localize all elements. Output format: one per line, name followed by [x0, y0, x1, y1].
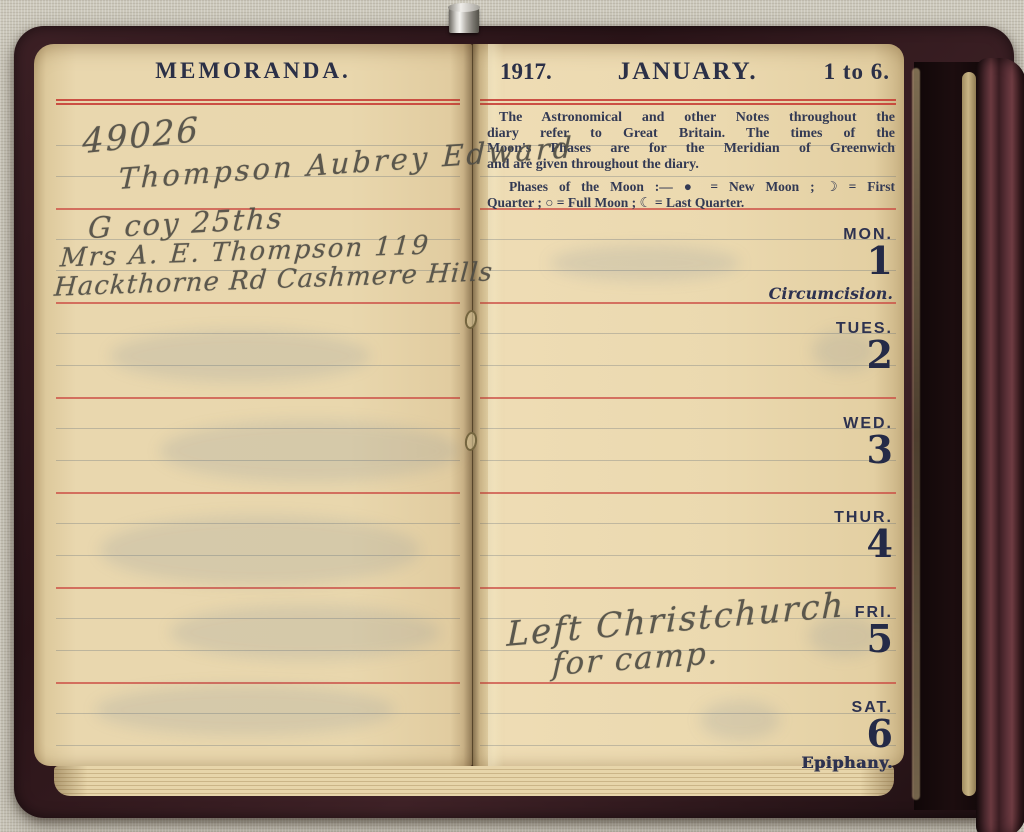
- bleed-through-smudge: [95, 685, 395, 735]
- photo-scene: { "diary": { "left_page": { "title": "ME…: [0, 0, 1024, 832]
- back-cover-board-edge: [962, 72, 976, 796]
- rule-line: [56, 99, 460, 101]
- pencil-holder-stud: [449, 7, 479, 33]
- rule-line: [56, 587, 460, 589]
- bleed-through-smudge: [110, 330, 370, 382]
- day-number-1: 1: [700, 240, 893, 282]
- year-label: 1917.: [500, 59, 552, 85]
- days-column: MON. 1 Circumcision. TUES. 2 WED. 3 THUR…: [700, 0, 896, 832]
- feast-epiphany: Epiphany.: [640, 753, 893, 772]
- rule-line: [56, 103, 460, 105]
- bleed-through-smudge: [170, 605, 440, 660]
- bleed-through-smudge: [160, 420, 460, 482]
- page-edge-deckle: [912, 68, 920, 800]
- rule-line: [56, 492, 460, 494]
- day-number-3: 3: [700, 429, 893, 471]
- cover-flap: [976, 58, 1024, 832]
- feast-circumcision: Circumcision.: [640, 284, 893, 303]
- bleed-through-smudge: [100, 515, 420, 585]
- memoranda-title: MEMORANDA.: [34, 58, 472, 84]
- rule-line: [56, 745, 460, 746]
- day-number-2: 2: [700, 334, 893, 376]
- day-number-4: 4: [700, 523, 893, 565]
- rule-line: [56, 682, 460, 684]
- rule-line: [56, 302, 460, 304]
- day-number-6: 6: [700, 713, 893, 755]
- rule-line: [56, 397, 460, 399]
